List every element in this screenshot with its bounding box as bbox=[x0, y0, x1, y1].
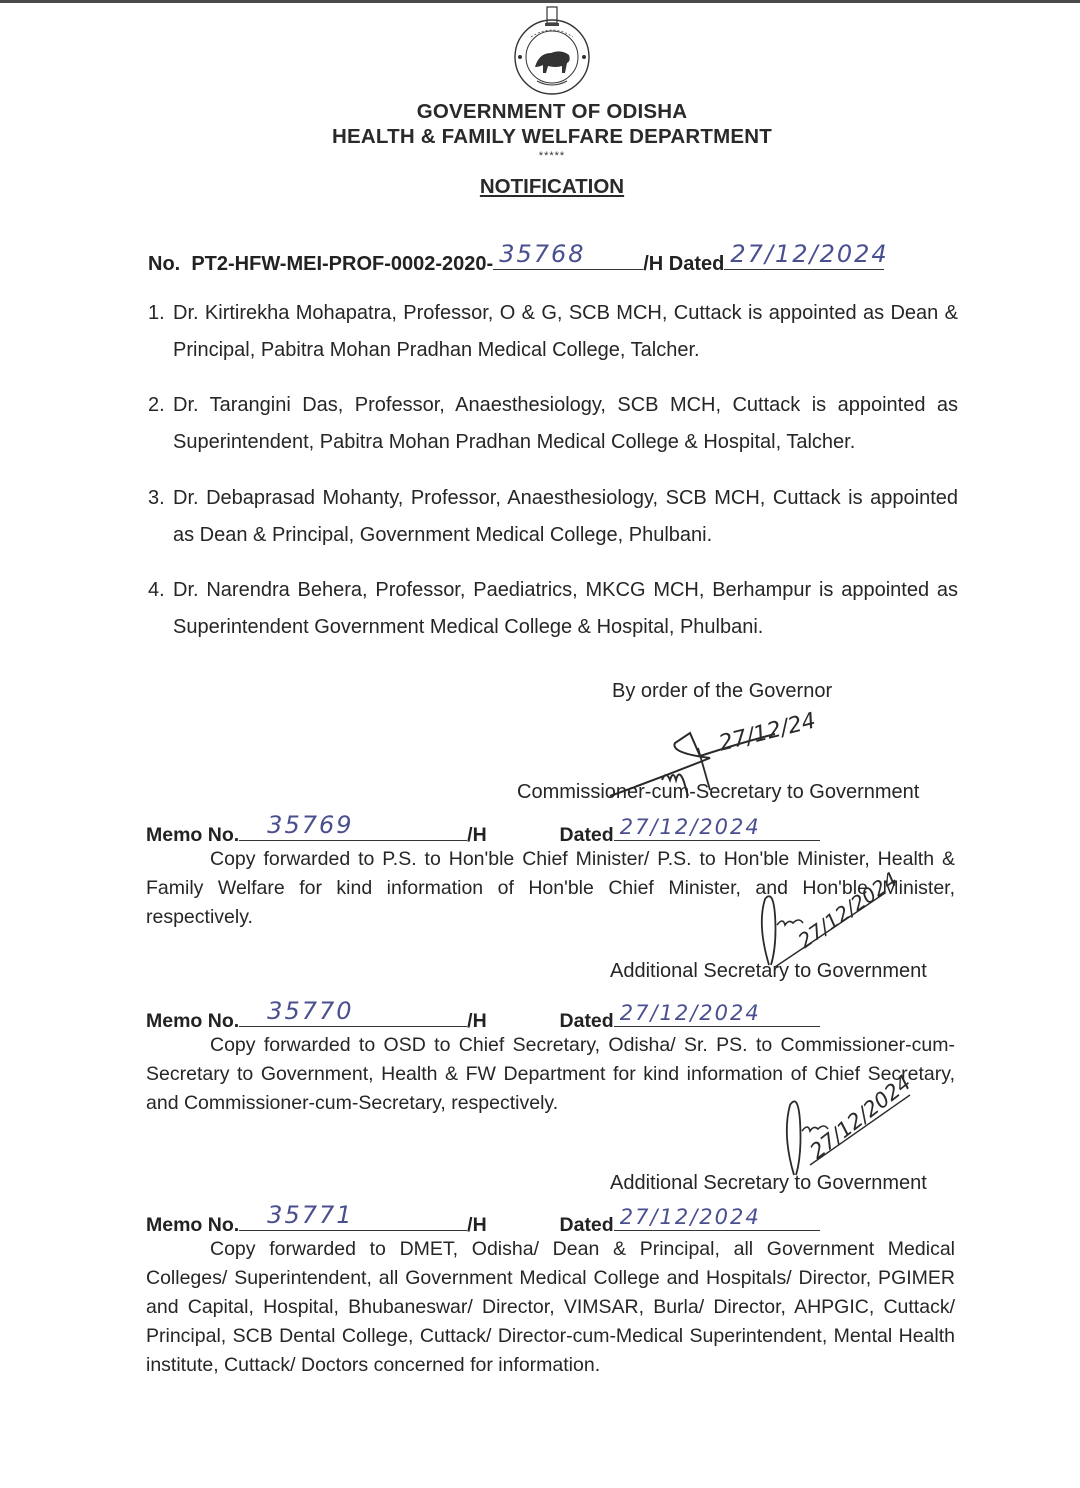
reference-number: 35768 bbox=[499, 240, 585, 268]
reference-line: No. PT2-HFW-MEI-PROF-0002-2020-35768/H D… bbox=[148, 249, 884, 276]
item-number: 1. bbox=[148, 295, 165, 332]
additional-secretary-designation: Additional Secretary to Government bbox=[610, 1172, 927, 1195]
document-type-heading: NOTIFICATION bbox=[0, 175, 1080, 199]
item-text: Dr. Debaprasad Mohanty, Professor, Anaes… bbox=[173, 480, 958, 554]
reference-dated-label: Dated bbox=[669, 253, 725, 275]
memo-number: 35769 bbox=[267, 811, 353, 839]
item-number: 3. bbox=[148, 480, 165, 517]
memo-date: 27/12/2024 bbox=[620, 1001, 761, 1025]
memo-header-2: Memo No.35770/H Dated27/12/2024 bbox=[146, 1006, 820, 1033]
memo-number-blank: 35771 bbox=[239, 1210, 467, 1231]
memo-date: 27/12/2024 bbox=[620, 815, 761, 839]
memo-label: Memo No. bbox=[146, 824, 239, 846]
memo-dated-label: Dated bbox=[560, 1214, 614, 1236]
memo-date-blank: 27/12/2024 bbox=[614, 1210, 820, 1231]
item-text: Dr. Kirtirekha Mohapatra, Professor, O &… bbox=[173, 295, 958, 369]
memo-number-blank: 35769 bbox=[239, 820, 467, 841]
reference-number-blank: 35768 bbox=[493, 249, 643, 270]
odisha-emblem-icon bbox=[507, 5, 597, 97]
department-title: HEALTH & FAMILY WELFARE DEPARTMENT bbox=[0, 125, 1080, 149]
appointment-item-1: 1. Dr. Kirtirekha Mohapatra, Professor, … bbox=[148, 295, 958, 369]
memo-label: Memo No. bbox=[146, 1214, 239, 1236]
memo-number: 35770 bbox=[267, 997, 353, 1025]
reference-date-blank: 27/12/2024 bbox=[724, 249, 884, 270]
memo-number: 35771 bbox=[267, 1201, 353, 1229]
reference-suffix: /H bbox=[643, 253, 663, 275]
appointment-item-2: 2. Dr. Tarangini Das, Professor, Anaesth… bbox=[148, 387, 958, 461]
item-number: 4. bbox=[148, 572, 165, 609]
memo-dated-label: Dated bbox=[560, 824, 614, 846]
commissioner-designation: Commissioner-cum-Secretary to Government bbox=[517, 781, 919, 804]
memo-suffix: /H bbox=[467, 1010, 487, 1032]
appointment-item-3: 3. Dr. Debaprasad Mohanty, Professor, An… bbox=[148, 480, 958, 554]
memo-date: 27/12/2024 bbox=[620, 1205, 761, 1229]
additional-secretary-designation: Additional Secretary to Government bbox=[610, 960, 927, 983]
reference-date: 27/12/2024 bbox=[730, 240, 888, 268]
item-number: 2. bbox=[148, 387, 165, 424]
memo-text-3: Copy forwarded to DMET, Odisha/ Dean & P… bbox=[146, 1235, 955, 1380]
by-order-text: By order of the Governor bbox=[612, 680, 832, 703]
memo-date-blank: 27/12/2024 bbox=[614, 820, 820, 841]
memo-number-blank: 35770 bbox=[239, 1006, 467, 1027]
reference-prefix: No. PT2-HFW-MEI-PROF-0002-2020- bbox=[148, 253, 493, 275]
memo-suffix: /H bbox=[467, 824, 487, 846]
appointment-item-4: 4. Dr. Narendra Behera, Professor, Paedi… bbox=[148, 572, 958, 646]
memo-header-1: Memo No.35769/H Dated27/12/2024 bbox=[146, 820, 820, 847]
memo-header-3: Memo No.35771/H Dated27/12/2024 bbox=[146, 1210, 820, 1237]
top-border bbox=[0, 0, 1080, 3]
memo-suffix: /H bbox=[467, 1214, 487, 1236]
item-text: Dr. Tarangini Das, Professor, Anaesthesi… bbox=[173, 387, 958, 461]
memo-dated-label: Dated bbox=[560, 1010, 614, 1032]
memo-date-blank: 27/12/2024 bbox=[614, 1006, 820, 1027]
government-title: GOVERNMENT OF ODISHA bbox=[0, 100, 1080, 124]
item-text: Dr. Narendra Behera, Professor, Paediatr… bbox=[173, 572, 958, 646]
memo-label: Memo No. bbox=[146, 1010, 239, 1032]
header-separator: ***** bbox=[0, 150, 1080, 162]
